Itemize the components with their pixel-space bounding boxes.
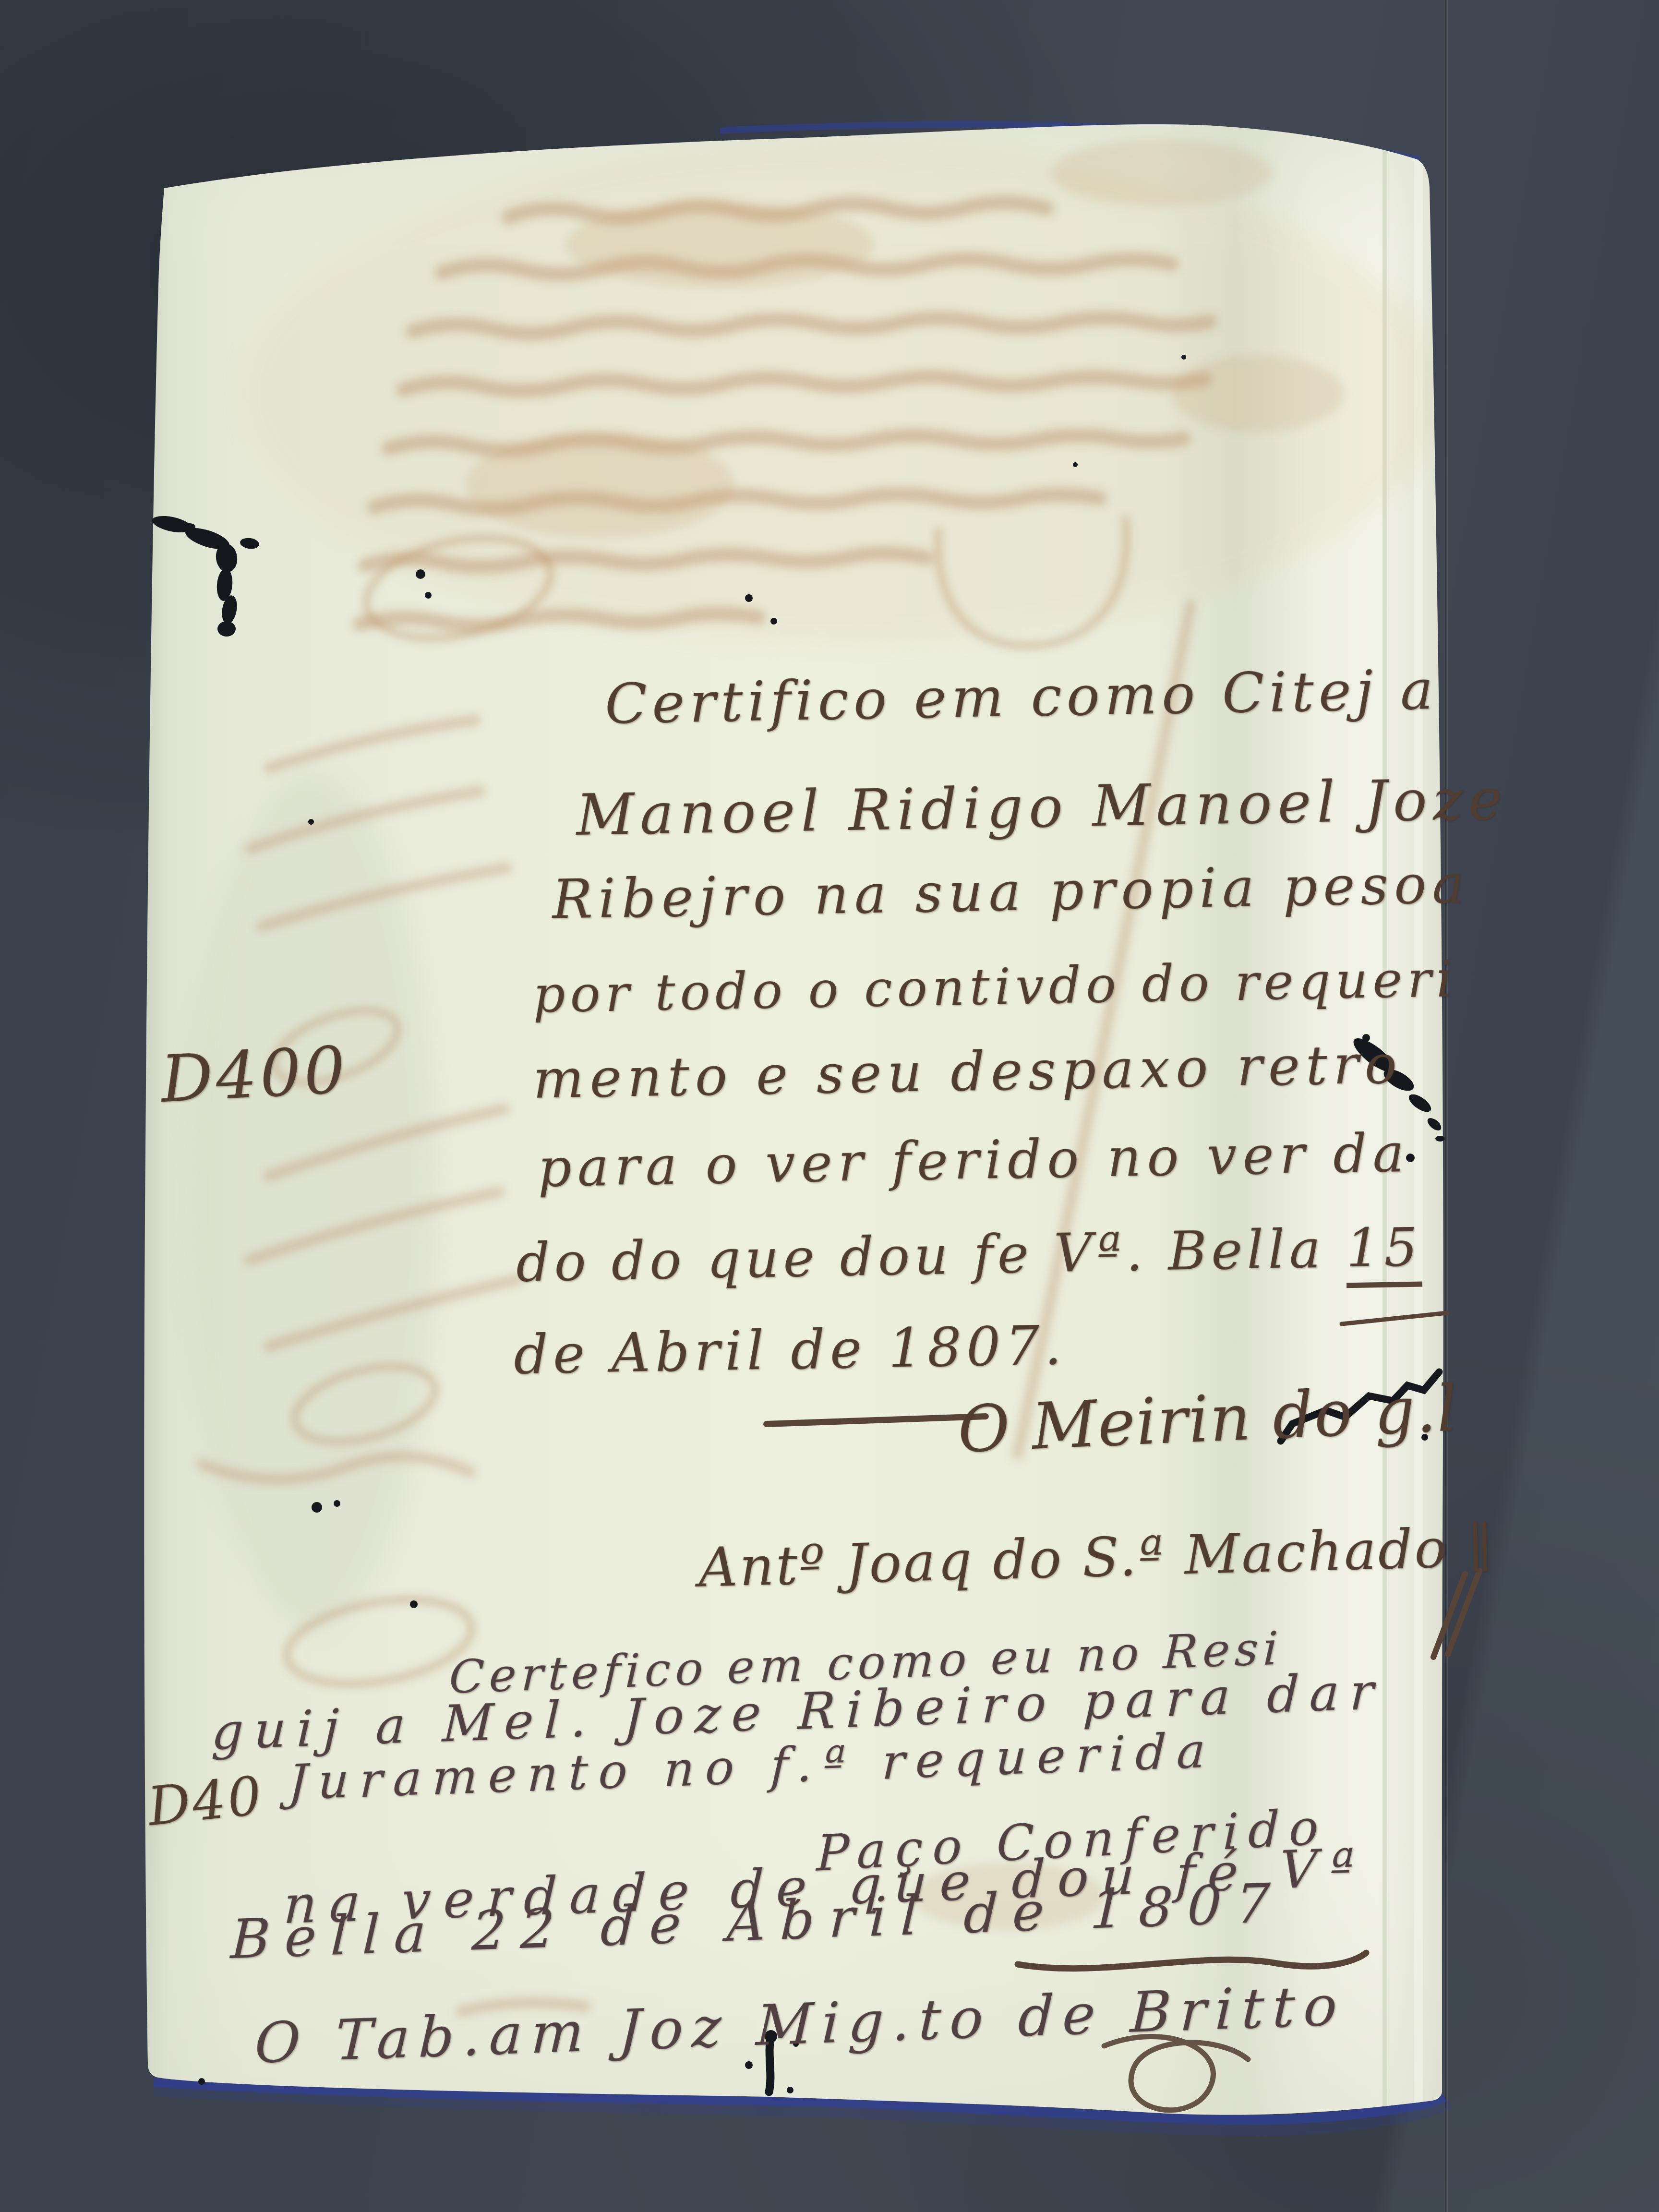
underline-swash-1807 bbox=[763, 1413, 989, 1427]
cert2-signature: O Tab.am Joz Mig.to de Britto bbox=[253, 1973, 1346, 2076]
underline-swash-day bbox=[1339, 1310, 1450, 1326]
cert1-line5: mento e seu despaxo retro bbox=[532, 1033, 1403, 1111]
cert1-line7: do do que dou fe Vª. Bella 15 bbox=[516, 1216, 1423, 1303]
cert1-signature-name: Antº Joaq do S.ª Machado ∥ bbox=[698, 1516, 1495, 1599]
cert1-underlined-day: 15 bbox=[1346, 1216, 1423, 1288]
margin-fee-upper: D400 bbox=[159, 1032, 350, 1117]
cert1-line3: Ribejro na sua propia pesoa bbox=[552, 853, 1470, 931]
photo-background: D400 D40 Certifico em como Citej a Manoe… bbox=[0, 0, 1659, 2212]
cert1-line8: de Abril de 1807. bbox=[513, 1314, 1067, 1386]
cert1-line7-text: do do que dou fe Vª. Bella bbox=[516, 1217, 1346, 1293]
manuscript-text-layer: D400 D40 Certifico em como Citej a Manoe… bbox=[0, 0, 1659, 2212]
screenshot-root: { "photo": { "description": "Photograph … bbox=[0, 0, 1659, 2212]
cert1-line6: para o ver ferido no ver da bbox=[537, 1122, 1410, 1199]
cert1-line1: Certifico em como Citej a bbox=[604, 658, 1439, 736]
cert1-line4: por todo o contivdo do requeri bbox=[532, 950, 1457, 1024]
cert1-line2: Manoel Ridigo Manoel Joze bbox=[576, 766, 1508, 848]
margin-fee-lower: D40 bbox=[145, 1765, 266, 1838]
cert1-signature-role: O Meirin do g.l bbox=[956, 1371, 1459, 1467]
